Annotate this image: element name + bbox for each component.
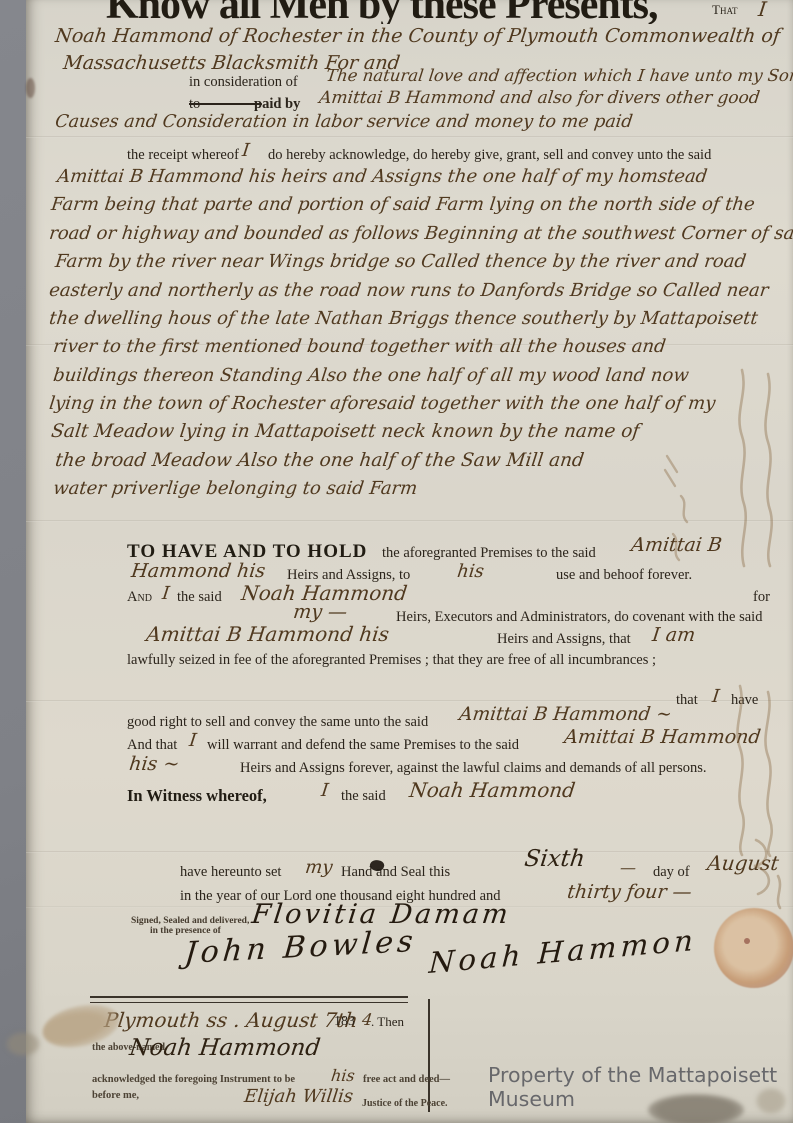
consideration-hand: The natural love and affection which I h… bbox=[325, 66, 793, 85]
ack-his-hand: his bbox=[330, 1066, 356, 1085]
deed-body-line: Farm being that parte and portion of sai… bbox=[50, 194, 756, 215]
witness-printed: the said bbox=[341, 788, 386, 805]
covenant-printed: And that bbox=[127, 737, 177, 754]
day-hand: Sixth bbox=[523, 846, 586, 872]
grantor-name-hand: Noah Hammond bbox=[408, 778, 577, 802]
hand-dash: — bbox=[619, 858, 637, 877]
ack-year-printed: 183 bbox=[334, 1014, 355, 1030]
receipt-printed-b: do hereby acknowledge, do hereby give, g… bbox=[268, 147, 711, 164]
habendum-printed: use and behoof forever. bbox=[556, 567, 692, 584]
causes-line: Causes and Consideration in labor servic… bbox=[54, 112, 634, 132]
execution-printed: Hand and Seal this bbox=[341, 864, 450, 881]
deed-body-line: Farm by the river near Wings bridge so C… bbox=[54, 251, 747, 272]
covenant-printed: will warrant and defend the same Premise… bbox=[207, 737, 519, 754]
covenant-grantee-hand: Amittai B Hammond bbox=[563, 726, 762, 748]
receipt-printed-a: the receipt whereof bbox=[127, 147, 239, 164]
deed-body-line: easterly and northerly as the road now r… bbox=[48, 280, 770, 301]
habendum-hand: Amittai B Hammond his bbox=[145, 622, 390, 646]
covenant-that: that bbox=[676, 692, 698, 709]
habendum-hand: my — bbox=[292, 601, 348, 623]
scanned-deed-page: Know all Men by these Presents, That I N… bbox=[0, 0, 793, 1123]
ack-venue-date-hand: Plymouth ss . August 7th bbox=[103, 1008, 359, 1032]
museum-watermark: Property of the Mattapoisett Museum bbox=[488, 1063, 793, 1111]
deed-body-line: lying in the town of Rochester aforesaid… bbox=[48, 393, 717, 414]
deed-title: Know all Men by these Presents, bbox=[106, 0, 658, 24]
ack-printed: before me, bbox=[92, 1090, 139, 1101]
habendum-hand: his bbox=[456, 561, 485, 582]
ack-then: . Then bbox=[371, 1014, 404, 1030]
execution-printed: have hereunto set bbox=[180, 864, 281, 881]
covenant-have: have bbox=[731, 692, 758, 709]
justice-signature: Elijah Willis bbox=[243, 1086, 354, 1107]
ack-printed: acknowledged the foregoing Instrument to… bbox=[92, 1074, 295, 1085]
year-hand: thirty four — bbox=[566, 881, 693, 903]
habendum-hand: I am bbox=[651, 624, 697, 646]
deed-body-line: river to the first mentioned bound toget… bbox=[52, 336, 667, 357]
heading-clip: Know all Men by these Presents, bbox=[26, 0, 793, 24]
seisin-clause: lawfully seized in fee of the aforegrant… bbox=[127, 652, 656, 669]
deed-body-line: Salt Meadow lying in Mattapoisett neck k… bbox=[50, 421, 641, 442]
covenant-printed: Heirs and Assigns forever, against the l… bbox=[240, 760, 707, 777]
habendum-printed: Heirs and Assigns, that bbox=[497, 631, 631, 648]
execution-hand: my bbox=[304, 857, 334, 878]
attestation-label: Signed, Sealed and delivered, bbox=[131, 916, 249, 926]
covenant-grantee-hand: Amittai B Hammond ~ bbox=[458, 704, 673, 725]
habendum-printed: the aforegranted Premises to the said bbox=[382, 545, 596, 562]
struck-to: to ———— bbox=[189, 96, 262, 113]
consideration-label: in consideration of bbox=[189, 74, 298, 91]
covenant-printed: good right to sell and convey the same u… bbox=[127, 714, 428, 731]
habendum-printed: the said bbox=[177, 589, 222, 606]
habendum-hand: Hammond his bbox=[130, 560, 267, 582]
deed-body-line: water priverlige belonging to said Farm bbox=[52, 478, 419, 499]
grantor-line: Noah Hammond of Rochester in the County … bbox=[54, 25, 781, 47]
grantee-name-line: Amittai B Hammond and also for divers ot… bbox=[318, 88, 761, 108]
deed-body-line: the broad Meadow Also the one half of th… bbox=[54, 450, 585, 471]
in-witness-whereof: In Witness whereof, bbox=[127, 786, 267, 806]
habendum-for: for bbox=[753, 589, 770, 606]
habendum-grantee-hand: Amittai B bbox=[630, 534, 723, 556]
deed-body-line: the dwelling hous of the late Nathan Bri… bbox=[48, 308, 759, 329]
ack-printed: Justice of the Peace. bbox=[362, 1098, 448, 1109]
deed-body-line: road or highway and bounded as follows B… bbox=[48, 223, 793, 244]
habendum-printed: Heirs, Executors and Administrators, do … bbox=[396, 609, 762, 626]
covenant-hand: his ~ bbox=[128, 753, 181, 775]
deed-body-line: buildings thereon Standing Also the one … bbox=[52, 365, 690, 386]
ack-printed: free act and deed— bbox=[363, 1074, 450, 1085]
ack-name-hand: Noah Hammond bbox=[128, 1035, 322, 1061]
paid-by-label: paid by bbox=[254, 96, 300, 113]
execution-printed: day of bbox=[653, 864, 690, 881]
deed-body-line: Amittai B Hammond his heirs and Assigns … bbox=[56, 166, 709, 187]
heading-that: That bbox=[712, 2, 737, 18]
habendum-and: And bbox=[127, 589, 152, 606]
month-hand: August bbox=[706, 851, 780, 875]
